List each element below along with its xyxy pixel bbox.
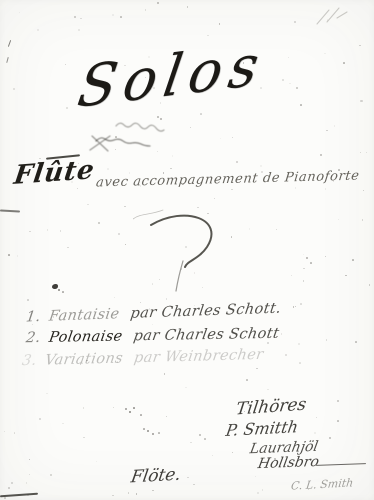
contents-item-1: 1. Fantaisie par Charles Schott. — [25, 301, 282, 326]
contents-item-1-work: Fantaisie — [48, 306, 121, 325]
pencil-mark — [313, 2, 363, 30]
contents-item-3-credit: par Weinbrecher — [133, 347, 265, 366]
signature-tail-flourish — [316, 463, 366, 466]
scanned-manuscript-page: Solos Flûte avec accompagnement de Piano… — [0, 0, 374, 500]
margin-stroke — [0, 209, 20, 212]
page-title: Solos — [73, 32, 270, 122]
contents-item-3-number: 3. — [21, 353, 41, 370]
contents-item-3: 3. Variations par Weinbrecher — [21, 347, 265, 369]
contents-item-1-credit: par Charles Schott. — [129, 301, 282, 322]
crossed-out-scribble — [88, 114, 208, 156]
contents-item-3-work: Variations — [44, 350, 124, 368]
ink-blot — [52, 284, 58, 289]
accompaniment-text: avec accompagnement de Pianoforte — [95, 169, 360, 191]
contents-item-2-work: Polonaise — [48, 329, 124, 346]
curved-flourish — [133, 203, 243, 298]
ownership-line-owner-name: P. Smitth — [225, 417, 300, 440]
contents-item-2-credit: par Charles Schott — [132, 326, 280, 345]
ownership-line-tilhores: Tilhöres — [235, 394, 308, 419]
bottom-edge-stroke — [0, 493, 38, 498]
margin-tick — [8, 40, 12, 47]
margin-tick — [6, 57, 9, 63]
contents-item-2-number: 2. — [25, 330, 46, 346]
contents-item-1-number: 1. — [25, 309, 45, 326]
ownership-line-place-2: Hollsbro — [257, 454, 321, 472]
footer-instrument-label: Flöte. — [129, 465, 182, 488]
instrument-heading: Flûte — [12, 155, 97, 191]
contents-item-2: 2. Polonaise par Charles Schott — [25, 326, 281, 346]
corner-signature: C. L. Smith — [290, 476, 354, 492]
